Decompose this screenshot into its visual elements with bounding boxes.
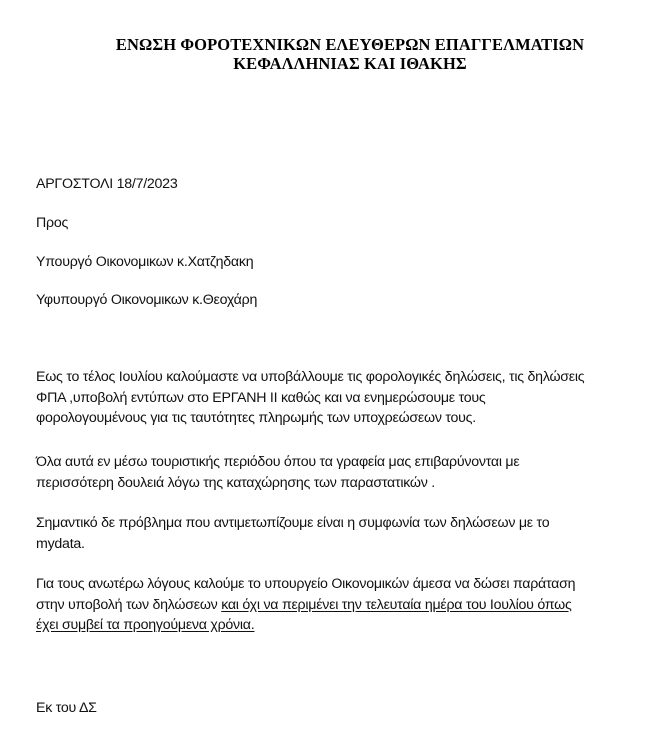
paragraph-line: Εως το τέλος Ιουλίου καλούμαστε να υποβά…: [36, 367, 666, 388]
paragraph-line: Για τους ανωτέρω λόγους καλούμε το υπουρ…: [36, 574, 666, 595]
paragraph-line: mydata.: [36, 534, 666, 555]
to-label: Προς: [36, 214, 68, 232]
recipient-deputy-minister: Υφυπουργό Οικονομικων κ.Θεοχάρη: [36, 291, 257, 309]
underlined-text: και όχι να περιμένει την τελευταία ημέρα…: [221, 597, 571, 613]
paragraph-mydata: Σημαντικό δε πρόβλημα που αντιμετωπίζουμ…: [36, 513, 666, 554]
letter-heading: ΕΝΩΣΗ ΦΟΡΟΤΕΧΝΙΚΩΝ ΕΛΕΥΘΕΡΩΝ ΕΠΑΓΓΕΛΜΑΤΙ…: [0, 35, 666, 73]
paragraph-line: περισσότερη δουλειά λόγω της καταχώρησης…: [36, 473, 666, 494]
paragraph-line: στην υποβολή των δηλώσεων και όχι να περ…: [36, 595, 666, 616]
paragraph-extension-request: Για τους ανωτέρω λόγους καλούμε το υπουρ…: [36, 574, 666, 636]
paragraph-line: Σημαντικό δε πρόβλημα που αντιμετωπίζουμ…: [36, 513, 666, 534]
signature: Εκ του ΔΣ: [36, 699, 97, 717]
heading-line-1: ΕΝΩΣΗ ΦΟΡΟΤΕΧΝΙΚΩΝ ΕΛΕΥΘΕΡΩΝ ΕΠΑΓΓΕΛΜΑΤΙ…: [0, 35, 666, 54]
paragraph-tourist-season: Όλα αυτά εν μέσω τουριστικής περιόδου όπ…: [36, 452, 666, 493]
place-date: ΑΡΓΟΣΤΟΛΙ 18/7/2023: [36, 175, 177, 193]
paragraph-line: Όλα αυτά εν μέσω τουριστικής περιόδου όπ…: [36, 452, 666, 473]
letter-page: ΕΝΩΣΗ ΦΟΡΟΤΕΧΝΙΚΩΝ ΕΛΕΥΘΕΡΩΝ ΕΠΑΓΓΕΛΜΑΤΙ…: [0, 0, 666, 754]
plain-text: στην υποβολή των δηλώσεων: [36, 597, 221, 613]
underlined-text: έχει συμβεί τα προηγούμενα χρόνια.: [36, 615, 666, 636]
paragraph-line: ΦΠΑ ,υποβολή εντύπων στο ΕΡΓΑΝΗ ΙΙ καθώς…: [36, 388, 666, 409]
paragraph-line: φορολογουμένους για τις ταυτότητες πληρω…: [36, 408, 666, 429]
recipient-minister: Υπουργό Οικονομικων κ.Χατζηδακη: [36, 253, 253, 271]
paragraph-deadlines: Εως το τέλος Ιουλίου καλούμαστε να υποβά…: [36, 367, 666, 429]
heading-line-2: ΚΕΦΑΛΛΗΝΙΑΣ ΚΑΙ ΙΘΑΚΗΣ: [0, 54, 666, 73]
